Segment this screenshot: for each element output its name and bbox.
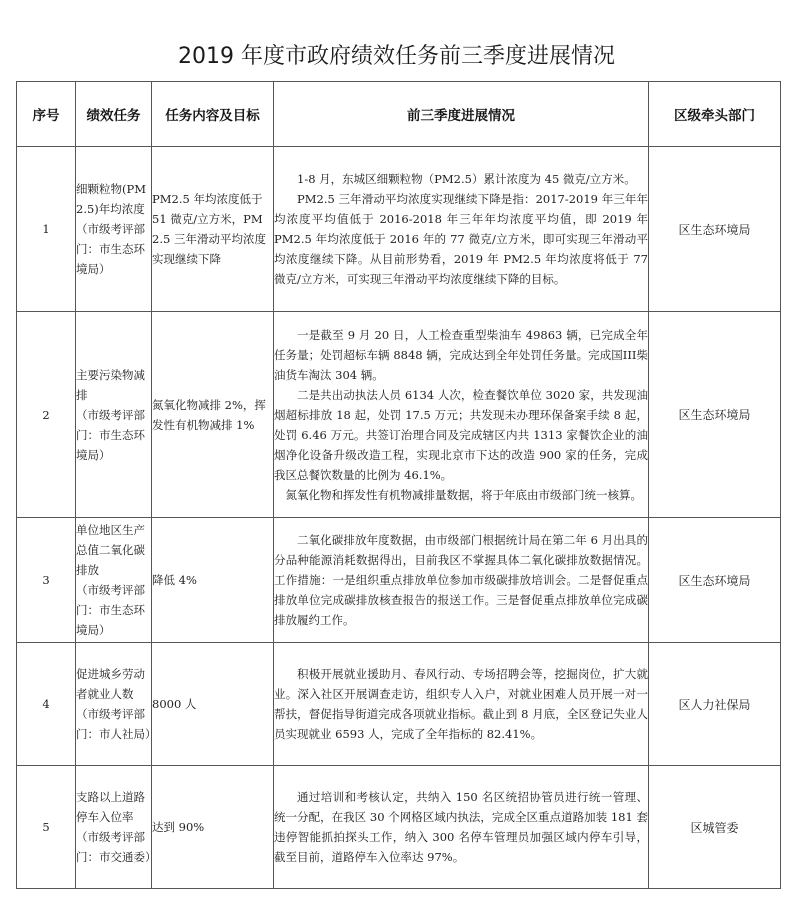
row-number: 5 xyxy=(17,766,76,889)
performance-task-table: 序号 绩效任务 任务内容及目标 前三季度进展情况 区级牵头部门 1 细颗粒物(P… xyxy=(16,81,781,889)
target-cell: PM2.5 年均浓度低于 51 微克/立方米，PM2.5 三年滑动平均浓度实现继… xyxy=(152,147,274,312)
header-no: 序号 xyxy=(17,82,76,147)
progress-cell: 1-8 月，东城区细颗粒物（PM2.5）累计浓度为 45 微克/立方米。 PM2… xyxy=(274,147,649,312)
progress-cell: 通过培训和考核认定，共纳入 150 名区统招协管员进行统一管理、统一分配，在我区… xyxy=(274,766,649,889)
table-row: 4 促进城乡劳动者就业人数 （市级考评部门：市人社局） 8000 人 积极开展就… xyxy=(17,643,781,766)
progress-paragraph: 积极开展就业援助月、春风行动、专场招聘会等，挖掘岗位，扩大就业。深入社区开展调查… xyxy=(274,664,648,744)
task-name: 支路以上道路停车入位率 xyxy=(76,790,145,824)
progress-paragraph: PM2.5 三年滑动平均浓度实现继续下降是指：2017-2019 年三年年均浓度… xyxy=(274,189,648,289)
header-progress: 前三季度进展情况 xyxy=(274,82,649,147)
task-name: 细颗粒物(PM2.5)年均浓度 xyxy=(76,182,146,216)
page-title: 2019 年度市政府绩效任务前三季度进展情况 xyxy=(0,39,793,70)
task-name: 主要污染物减排 xyxy=(76,368,145,402)
table-row: 1 细颗粒物(PM2.5)年均浓度 （市级考评部门：市生态环境局） PM2.5 … xyxy=(17,147,781,312)
dept-cell: 区生态环境局 xyxy=(649,518,781,643)
progress-paragraph: 1-8 月，东城区细颗粒物（PM2.5）累计浓度为 45 微克/立方米。 xyxy=(274,169,648,189)
dept-cell: 区城管委 xyxy=(649,766,781,889)
progress-cell: 二氧化碳排放年度数据，由市级部门根据统计局在第二年 6 月出具的分品种能源消耗数… xyxy=(274,518,649,643)
progress-cell: 积极开展就业援助月、春风行动、专场招聘会等，挖掘岗位，扩大就业。深入社区开展调查… xyxy=(274,643,649,766)
target-cell: 降低 4% xyxy=(152,518,274,643)
row-number: 1 xyxy=(17,147,76,312)
dept-cell: 区人力社保局 xyxy=(649,643,781,766)
row-number: 4 xyxy=(17,643,76,766)
task-cell: 细颗粒物(PM2.5)年均浓度 （市级考评部门：市生态环境局） xyxy=(76,147,152,312)
target-cell: 达到 90% xyxy=(152,766,274,889)
task-cell: 支路以上道路停车入位率 （市级考评部门：市交通委） xyxy=(76,766,152,889)
header-dept: 区级牵头部门 xyxy=(649,82,781,147)
table-header-row: 序号 绩效任务 任务内容及目标 前三季度进展情况 区级牵头部门 xyxy=(17,82,781,147)
table-row: 3 单位地区生产总值二氧化碳排放 （市级考评部门：市生态环境局） 降低 4% 二… xyxy=(17,518,781,643)
progress-paragraph: 二是共出动执法人员 6134 人次，检查餐饮单位 3020 家，共发现油烟超标排… xyxy=(274,385,648,485)
progress-paragraph: 一是截至 9 月 20 日，人工检查重型柴油车 49863 辆，已完成全年任务量… xyxy=(274,325,648,385)
progress-paragraph: 通过培训和考核认定，共纳入 150 名区统招协管员进行统一管理、统一分配，在我区… xyxy=(274,787,648,867)
progress-cell: 一是截至 9 月 20 日，人工检查重型柴油车 49863 辆，已完成全年任务量… xyxy=(274,312,649,518)
target-cell: 8000 人 xyxy=(152,643,274,766)
row-number: 2 xyxy=(17,312,76,518)
dept-cell: 区生态环境局 xyxy=(649,147,781,312)
target-cell: 氮氧化物减排 2%，挥发性有机物减排 1% xyxy=(152,312,274,518)
progress-paragraph: 二氧化碳排放年度数据，由市级部门根据统计局在第二年 6 月出具的分品种能源消耗数… xyxy=(274,530,648,630)
table-row: 5 支路以上道路停车入位率 （市级考评部门：市交通委） 达到 90% 通过培训和… xyxy=(17,766,781,889)
row-number: 3 xyxy=(17,518,76,643)
task-evaluator: （市级考评部门：市生态环境局） xyxy=(76,580,151,640)
task-name: 单位地区生产总值二氧化碳排放 xyxy=(76,523,145,577)
task-evaluator: （市级考评部门：市生态环境局） xyxy=(76,219,151,279)
task-evaluator: （市级考评部门：市人社局） xyxy=(76,704,151,744)
task-cell: 单位地区生产总值二氧化碳排放 （市级考评部门：市生态环境局） xyxy=(76,518,152,643)
task-name: 促进城乡劳动者就业人数 xyxy=(76,667,145,701)
task-evaluator: （市级考评部门：市生态环境局） xyxy=(76,405,151,465)
table-row: 2 主要污染物减排 （市级考评部门：市生态环境局） 氮氧化物减排 2%，挥发性有… xyxy=(17,312,781,518)
dept-cell: 区生态环境局 xyxy=(649,312,781,518)
task-cell: 促进城乡劳动者就业人数 （市级考评部门：市人社局） xyxy=(76,643,152,766)
header-task: 绩效任务 xyxy=(76,82,152,147)
task-evaluator: （市级考评部门：市交通委） xyxy=(76,827,151,867)
task-cell: 主要污染物减排 （市级考评部门：市生态环境局） xyxy=(76,312,152,518)
header-target: 任务内容及目标 xyxy=(152,82,274,147)
progress-paragraph: 氮氧化物和挥发性有机物减排量数据，将于年底由市级部门统一核算。 xyxy=(274,485,648,505)
